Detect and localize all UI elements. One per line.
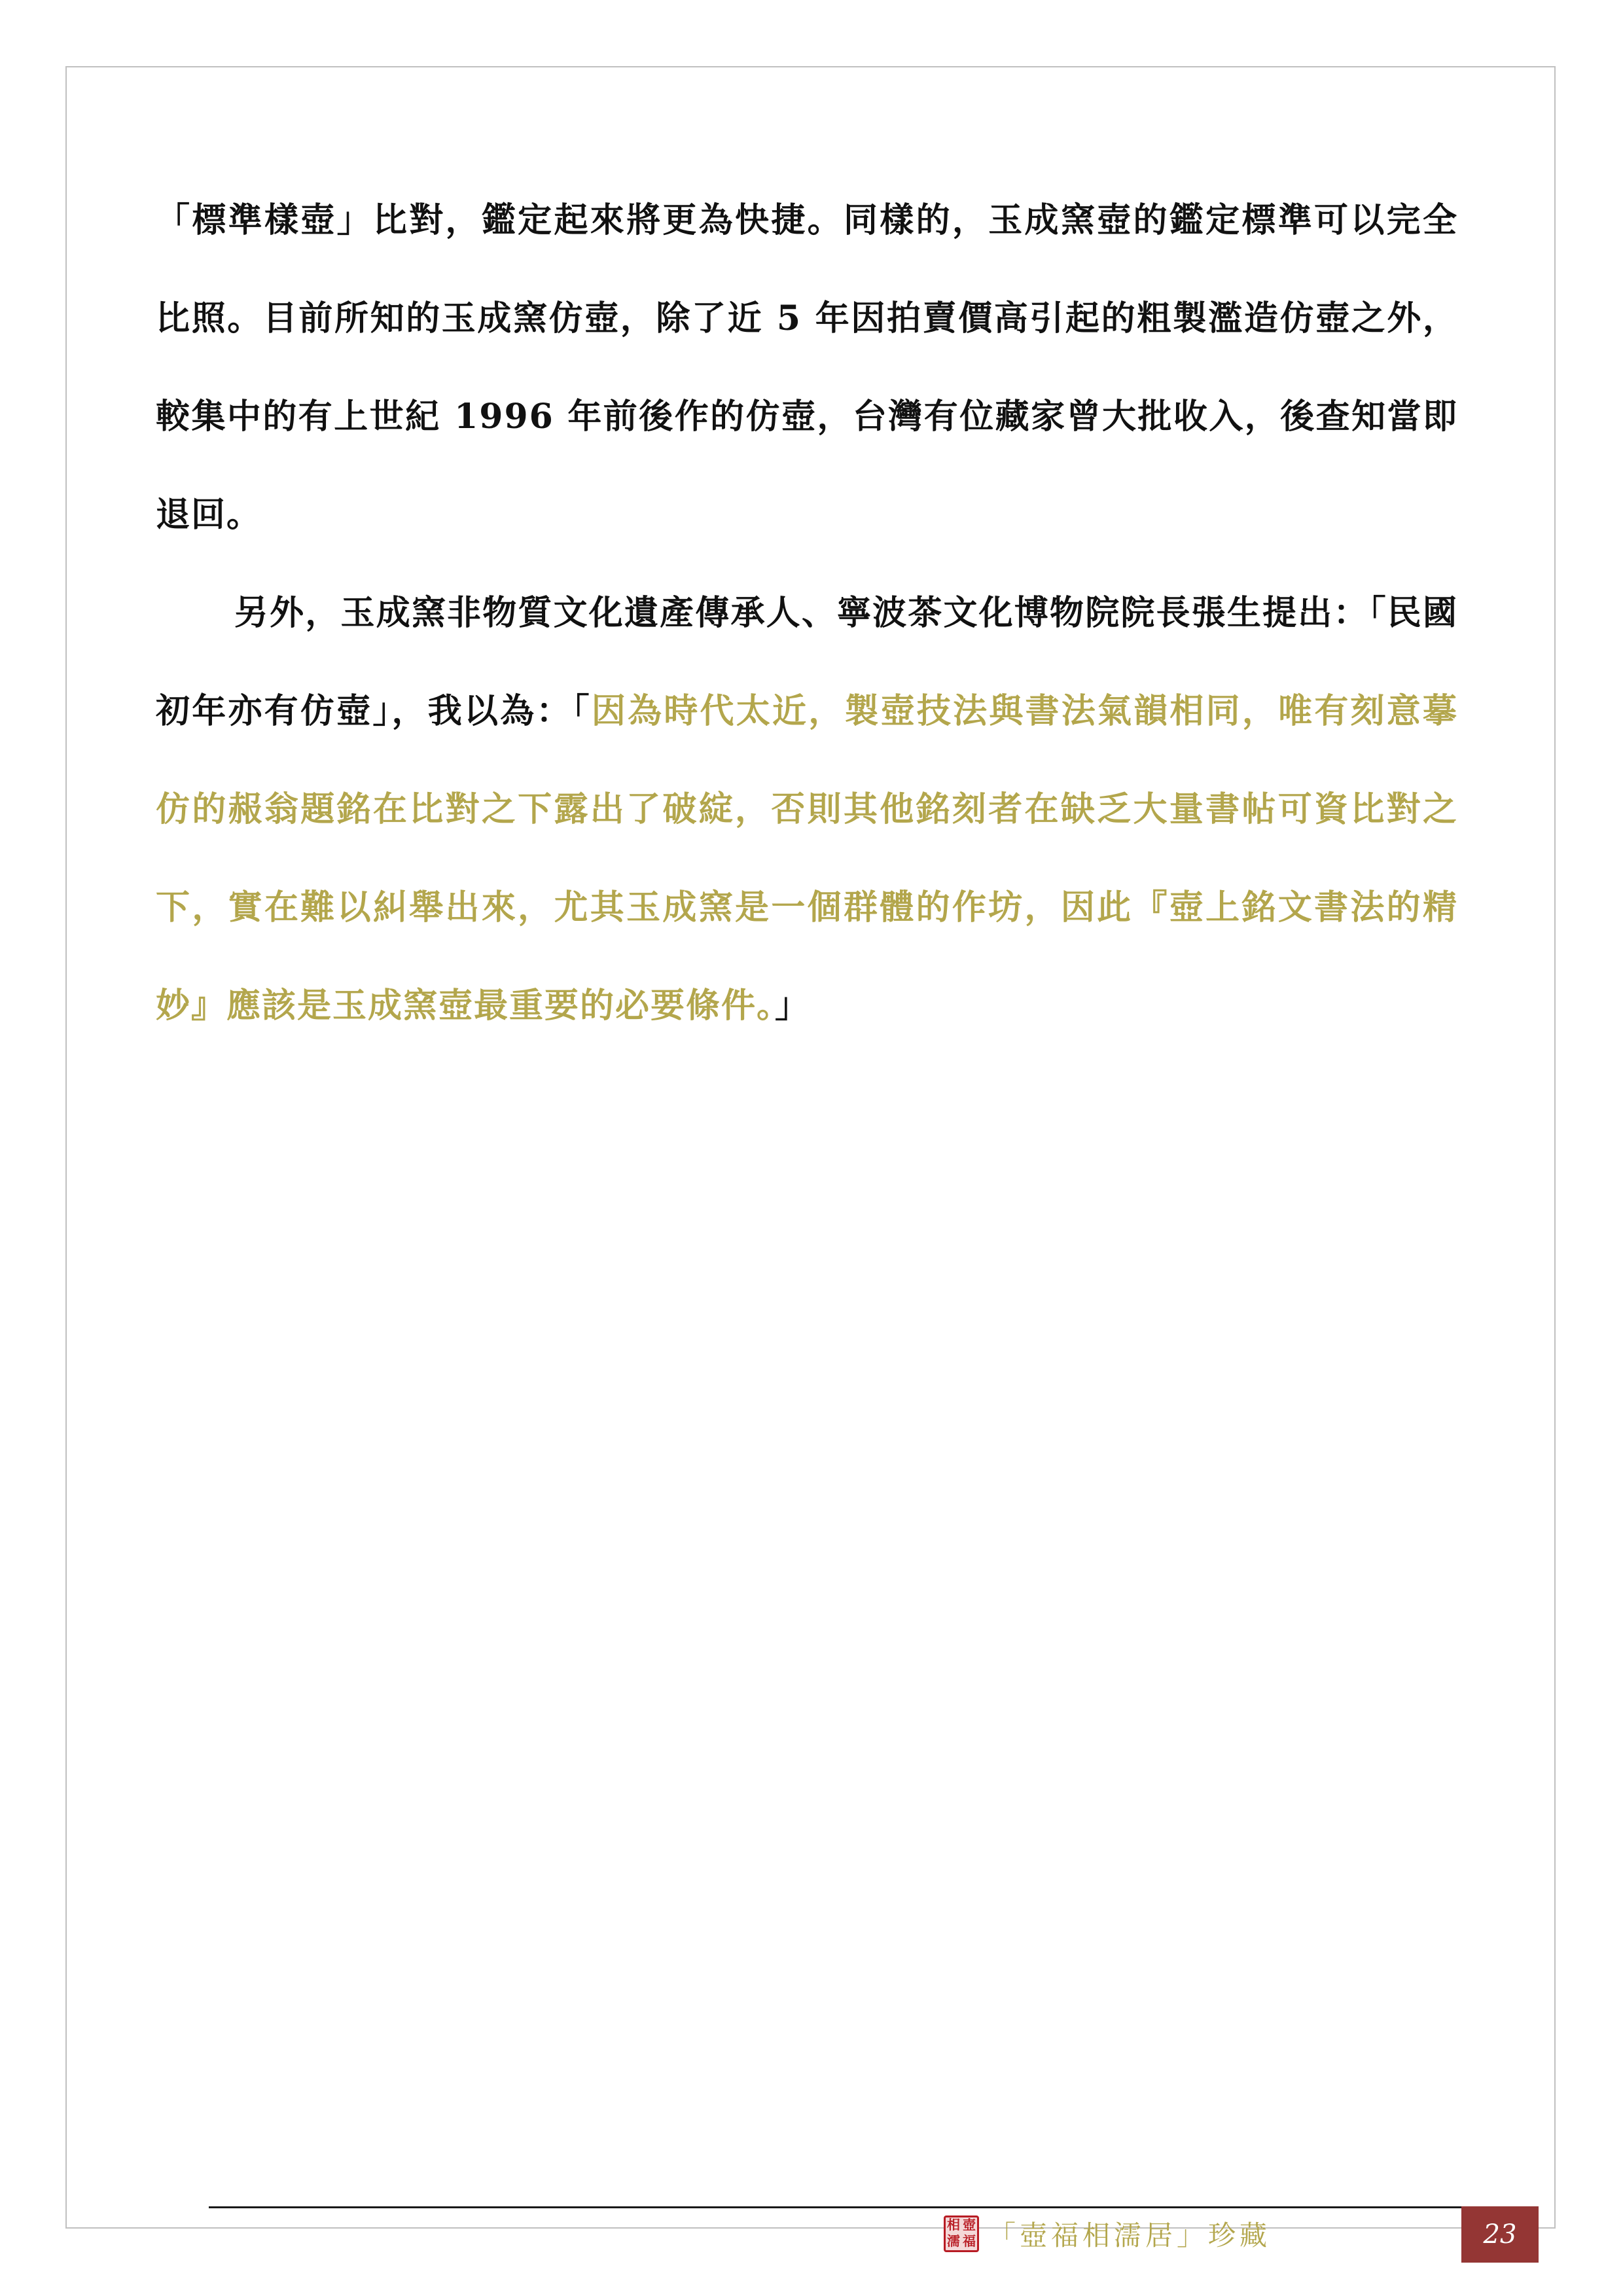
seal-char: 相 [946, 2217, 961, 2234]
closing-quote-mark: 」 [775, 986, 810, 1026]
footer-divider [209, 2206, 1466, 2208]
seal-stamp-icon: 相 壺 濡 福 [944, 2215, 979, 2252]
paragraph-2: 另外，玉成窯非物質文化遺產傳承人、寧波茶文化博物院院長張生提出：「民國初年亦有仿… [156, 564, 1458, 1055]
paragraph-1: 「標準樣壺」比對，鑑定起來將更為快捷。同樣的，玉成窯壺的鑑定標準可以完全比照。目… [156, 171, 1458, 564]
seal-char: 濡 [946, 2234, 961, 2250]
highlighted-quote: 因為時代太近，製壺技法與書法氣韻相同，唯有刻意摹仿的赧翁題銘在比對之下露出了破綻… [156, 691, 1458, 1026]
seal-char: 福 [961, 2234, 977, 2250]
document-body: 「標準樣壺」比對，鑑定起來將更為快捷。同樣的，玉成窯壺的鑑定標準可以完全比照。目… [156, 171, 1458, 1055]
page-number: 23 [1461, 2206, 1539, 2263]
footer-brand: 相 壺 濡 福 「壺福相濡居」珍藏 [944, 2214, 1271, 2253]
paragraph-1-text: 「標準樣壺」比對，鑑定起來將更為快捷。同樣的，玉成窯壺的鑑定標準可以完全比照。目… [156, 200, 1458, 535]
seal-char: 壺 [961, 2217, 977, 2234]
footer-brand-text: 「壺福相濡居」珍藏 [988, 2214, 1271, 2253]
